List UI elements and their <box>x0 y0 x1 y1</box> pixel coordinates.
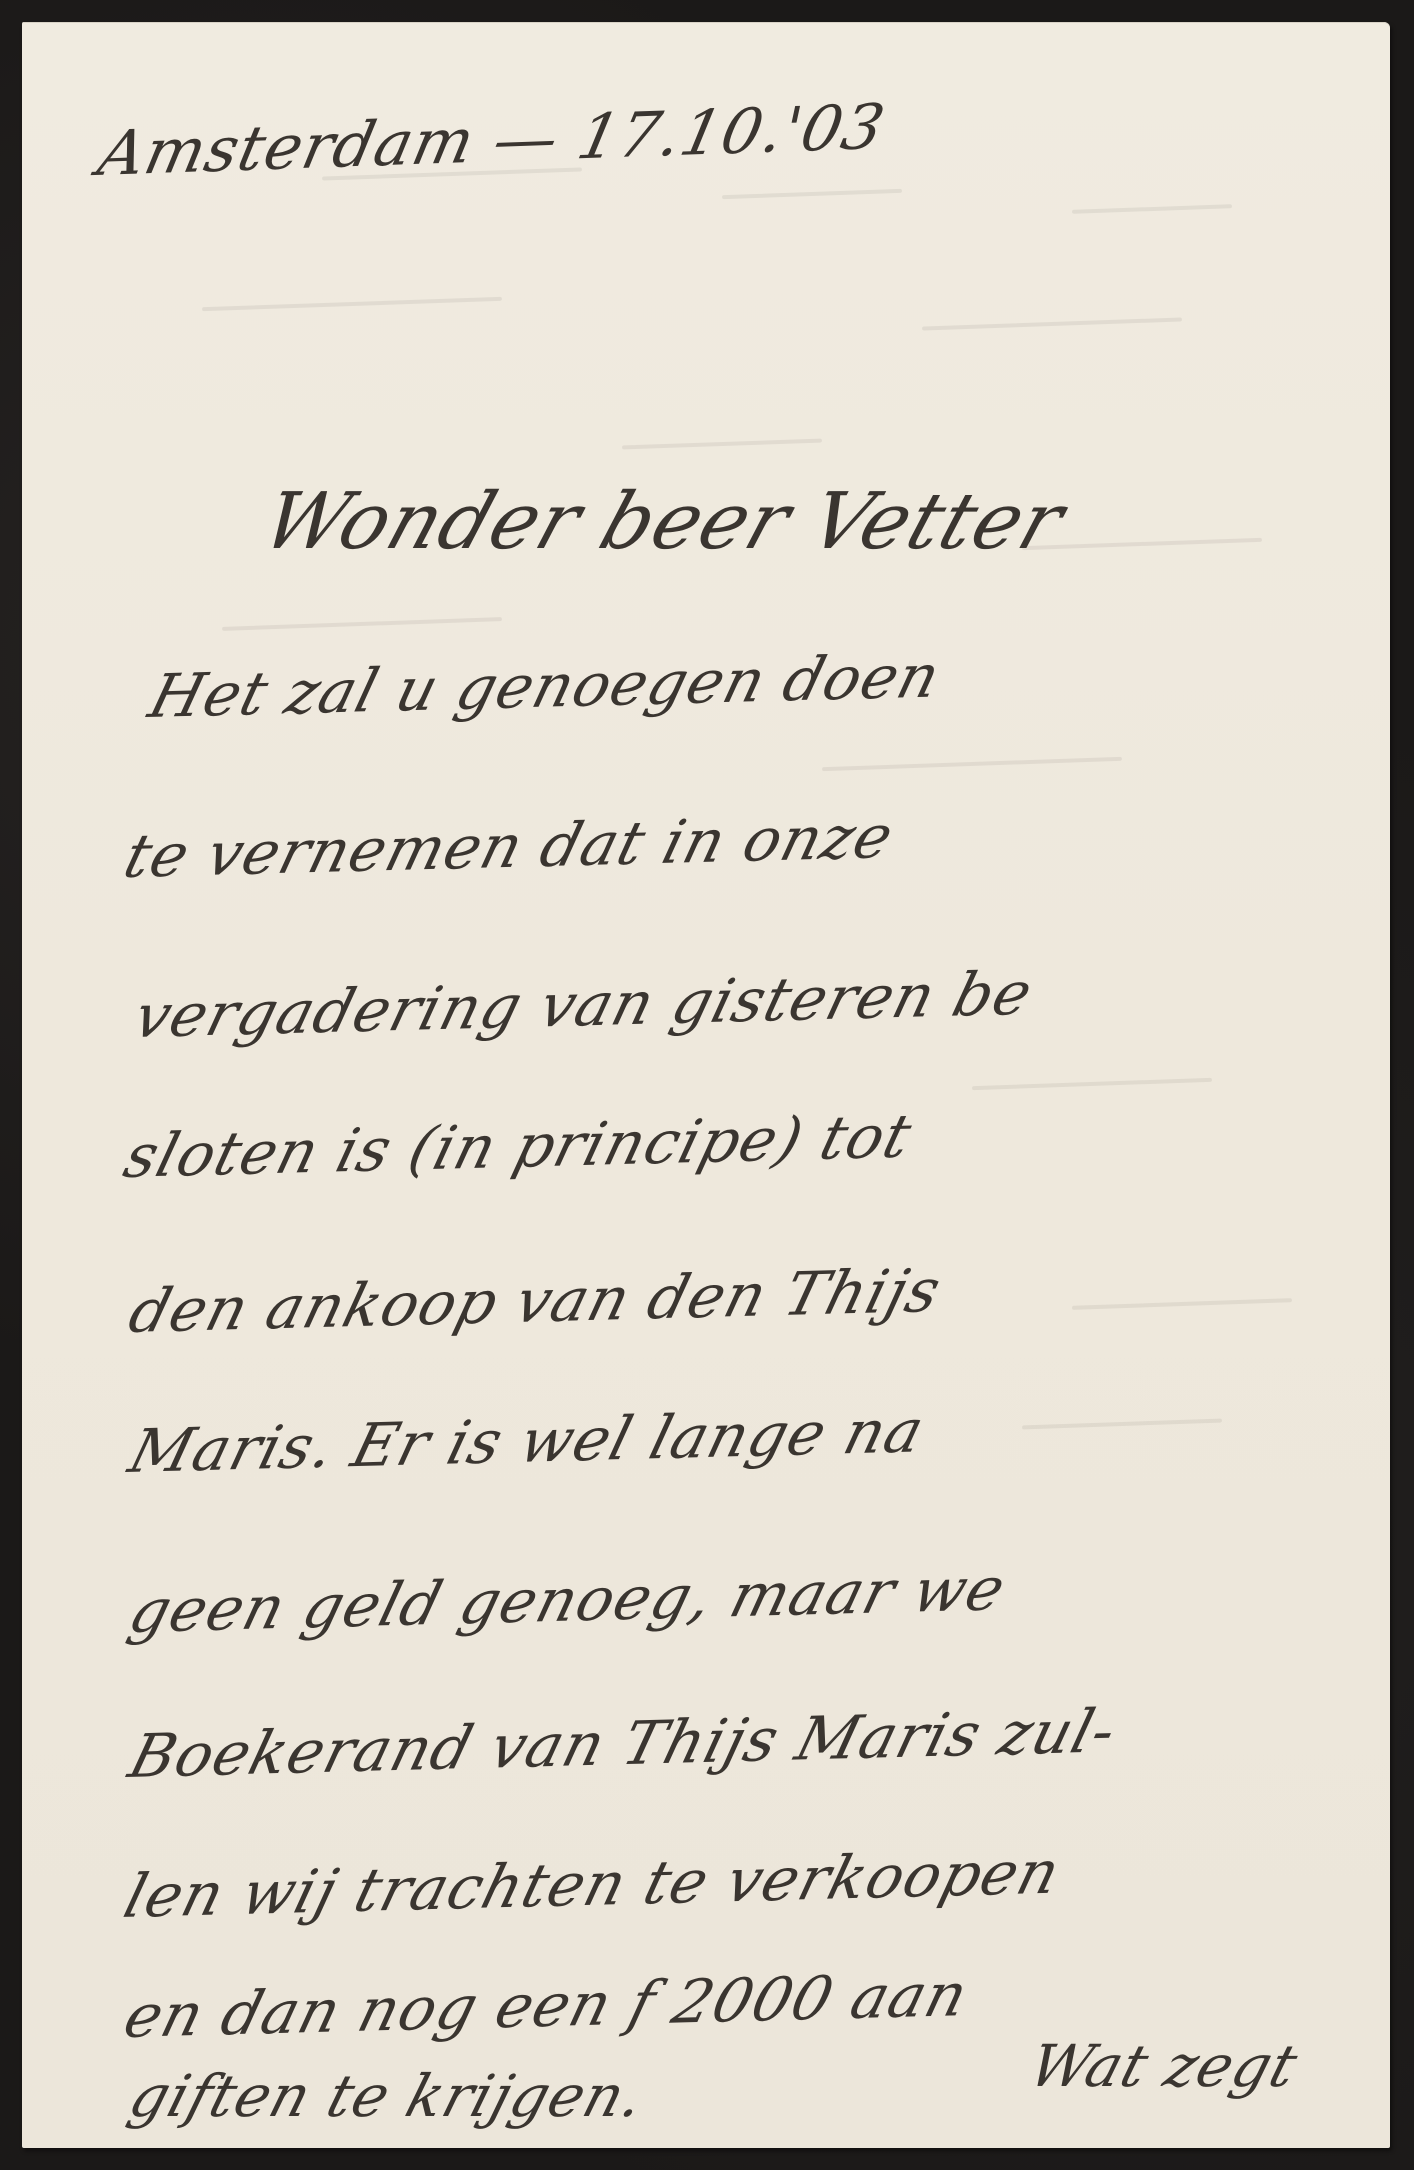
reverse-side-bleed-through <box>22 22 1390 2148</box>
letter-line-6: Maris. Er is wel lange na <box>122 1396 932 1487</box>
letter-line-1: Het zal u genoegen doen <box>142 642 948 732</box>
letter-line-12: Wat zegt <box>1022 2032 1306 2100</box>
letter-line-3: vergadering van gisteren be <box>127 959 1040 1052</box>
letter-line-9: len wij trachten te verkoopen <box>117 1838 1068 1932</box>
letter-line-5: den ankoop van den Thijs <box>122 1256 948 1347</box>
letter-line-10: en dan nog een f 2000 aan <box>117 1960 976 2052</box>
letter-line-11: giften te krijgen. <box>122 2062 653 2130</box>
letter-line-7: geen geld genoeg, maar we <box>122 1554 1013 1647</box>
letter-page: Amsterdam — 17.10.'03 Wonder beer Vetter… <box>22 22 1390 2148</box>
letter-line-4: sloten is (in principe) tot <box>117 1102 919 1192</box>
letter-line-8: Boekerand van Thijs Maris zul- <box>122 1696 1124 1792</box>
salutation: Wonder beer Vetter <box>252 477 1075 567</box>
place-and-date: Amsterdam — 17.10.'03 <box>92 90 892 190</box>
letter-line-2: te vernemen dat in onze <box>117 802 901 892</box>
